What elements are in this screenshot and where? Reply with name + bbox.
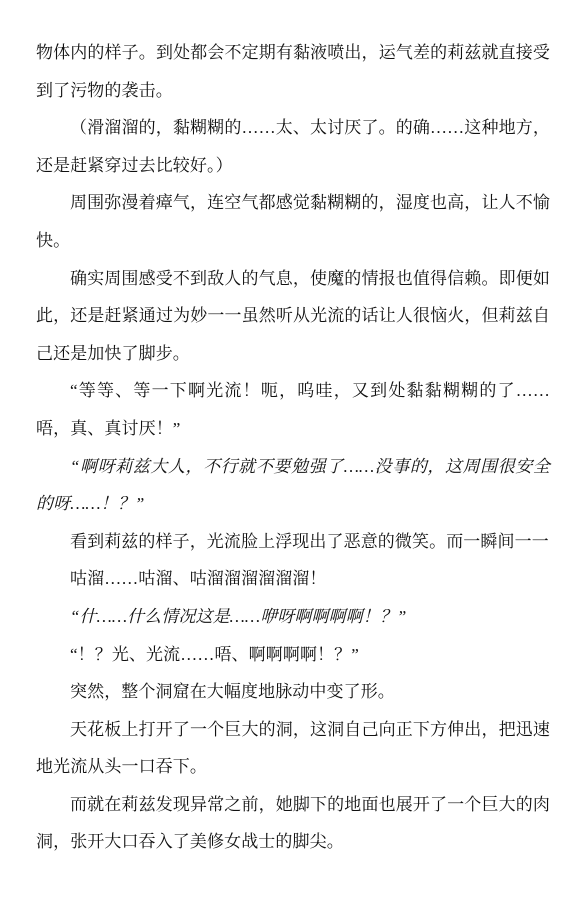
paragraph: “什……什么情况这是……咿呀啊啊啊啊！？”: [36, 598, 550, 636]
paragraph: 物体内的样子。到处都会不定期有黏液喷出，运气差的莉兹就直接受到了污物的袭击。: [36, 34, 550, 109]
paragraph: 天花板上打开了一个巨大的洞，这洞自己向正下方伸出，把迅速地光流从头一口吞下。: [36, 711, 550, 786]
paragraph: 看到莉兹的样子，光流脸上浮现出了恶意的微笑。而一瞬间一一: [36, 523, 550, 561]
paragraph: 突然，整个洞窟在大幅度地脉动中变了形。: [36, 673, 550, 711]
paragraph: 而就在莉兹发现异常之前，她脚下的地面也展开了一个巨大的肉洞，张开大口吞入了美修女…: [36, 786, 550, 861]
paragraph: “啊呀莉兹大人，不行就不要勉强了……没事的，这周围很安全的呀……！？”: [36, 448, 550, 523]
paragraph: 确实周围感受不到敌人的气息，使魔的情报也值得信赖。即便如此，还是赶紧通过为妙一一…: [36, 260, 550, 373]
paragraph: （滑溜溜的，黏糊糊的……太、太讨厌了。的确……这种地方，还是赶紧穿过去比较好。）: [36, 109, 550, 184]
paragraph: “等等、等一下啊光流！呃，呜哇，又到处黏黏糊糊的了……唔，真、真讨厌！”: [36, 372, 550, 447]
novel-page: 物体内的样子。到处都会不定期有黏液喷出，运气差的莉兹就直接受到了污物的袭击。（滑…: [0, 0, 585, 897]
paragraph: 周围弥漫着瘴气，连空气都感觉黏糊糊的，湿度也高，让人不愉快。: [36, 184, 550, 259]
paragraph: “！？光、光流……唔、啊啊啊啊！？”: [36, 636, 550, 674]
paragraph: 咕溜……咕溜、咕溜溜溜溜溜溜！: [36, 560, 550, 598]
text-body: 物体内的样子。到处都会不定期有黏液喷出，运气差的莉兹就直接受到了污物的袭击。（滑…: [36, 34, 550, 861]
